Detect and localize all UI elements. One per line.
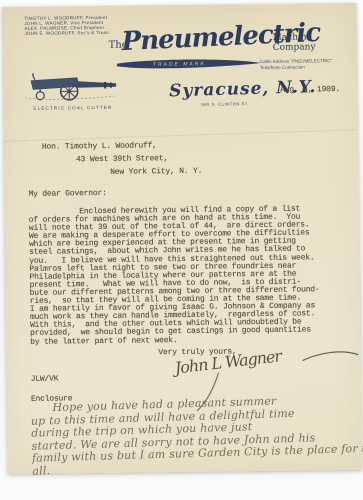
- trademark-swoosh-shape: TRADE MARK.: [115, 57, 263, 72]
- telephone-line: Telephone Connection: [260, 64, 332, 70]
- scanned-letter-page: { "letterhead": { "officers": [ "TIMOTHY…: [0, 0, 363, 500]
- letter-body: Enclosed herewith you will find a copy o…: [29, 205, 321, 346]
- cable-address-block: Cable Address "PNEUMELECTRIC" Telephone …: [260, 58, 332, 70]
- date-line: Aug. 4, 1909.: [280, 85, 340, 95]
- street-address: 560 S. CLINTON ST.: [201, 101, 249, 107]
- recipient-city: New York City, N. Y.: [110, 167, 202, 177]
- salutation: My dear Governor:: [28, 189, 106, 199]
- company-suffix: Machine Company: [272, 32, 315, 53]
- recipient-name: Hon. Timothy L. Woodruff,: [42, 141, 157, 151]
- trademark-label: TRADE MARK.: [153, 61, 209, 68]
- paper-crease: [4, 129, 358, 142]
- recipient-street: 43 West 39th Street,: [76, 154, 168, 164]
- letter-paper: TIMOTHY L. WOODRUFF, President JOHN L. W…: [2, 3, 362, 474]
- reference-initials: JLW/VK: [31, 375, 59, 384]
- company-suffix-line1: Machine: [272, 32, 315, 43]
- officer-line: JOHN E. WOODRUFF, Sec'y & Treas.: [24, 30, 110, 36]
- trademark-banner: TRADE MARK.: [115, 57, 263, 77]
- company-suffix-line2: Company: [273, 42, 316, 53]
- illustration-caption: ELECTRIC COAL CUTTER: [33, 105, 112, 111]
- handwritten-postscript: Hope you have had a pleasant summer up t…: [30, 393, 362, 478]
- officer-list: TIMOTHY L. WOODRUFF, President JOHN L. W…: [24, 15, 110, 36]
